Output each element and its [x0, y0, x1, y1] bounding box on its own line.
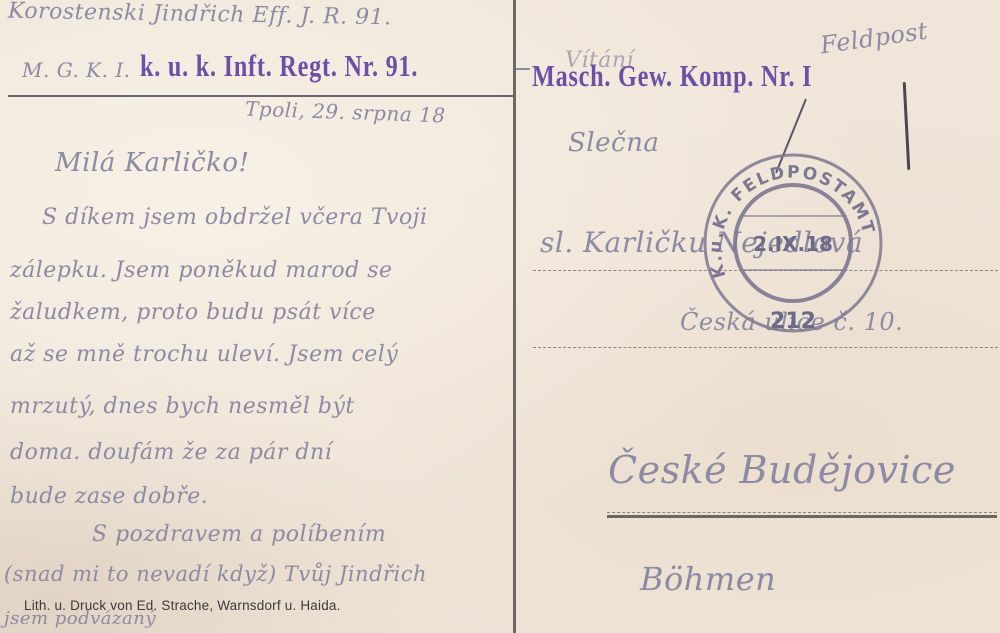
city: České Budějovice	[608, 448, 956, 492]
postcard-back: Korostenski Jindřich Eff. J. R. 91. M. G…	[0, 0, 1000, 633]
regiment-stamp: k. u. k. Inft. Regt. Nr. 91.	[140, 48, 418, 84]
message-line: zálepku. Jsem poněkud marod se	[10, 258, 393, 283]
message-line: doma. doufám že za pár dní	[10, 440, 332, 465]
address-underline	[607, 515, 997, 518]
address-line-3	[607, 512, 997, 513]
message-line: bude zase dobře.	[10, 484, 208, 509]
message-line: až se mně trochu uleví. Jsem celý	[10, 342, 398, 367]
feldpost-note: Feldpost	[819, 17, 930, 60]
closing: S pozdravem a políbením	[92, 522, 386, 547]
postmark-number: 212	[770, 309, 816, 334]
printer-imprint: Lith. u. Druck von Ed. Strache, Warnsdor…	[24, 598, 341, 613]
company-stamp: Masch. Gew. Komp. Nr. I	[532, 58, 812, 94]
header-dash	[516, 68, 530, 70]
feldpost-postmark: K.u.K. FELDPOSTAMT 2.IX.18 212	[698, 148, 888, 338]
region: Böhmen	[640, 560, 776, 598]
center-divider	[513, 0, 516, 633]
message-line: žaludkem, proto budu psát více	[10, 300, 376, 325]
pencil-mark-stroke	[903, 82, 911, 170]
postmark-date: 2.IX.18	[753, 232, 833, 256]
address-line-2	[533, 347, 998, 348]
sender-line-1: Korostenski Jindřich Eff. J. R. 91.	[8, 0, 392, 30]
greeting: Milá Karličko!	[55, 148, 249, 178]
message-line: S díkem jsem obdržel včera Tvoji	[42, 205, 428, 230]
sender-line-2: M. G. K. I.	[22, 58, 131, 82]
salutation: Slečna	[568, 128, 659, 158]
signature-line: (snad mi to nevadí když) Tvůj Jindřich	[4, 562, 427, 586]
dateline: Tpoli, 29. srpna 18	[245, 97, 446, 128]
message-line: mrzutý, dnes bych nesměl být	[10, 394, 355, 419]
